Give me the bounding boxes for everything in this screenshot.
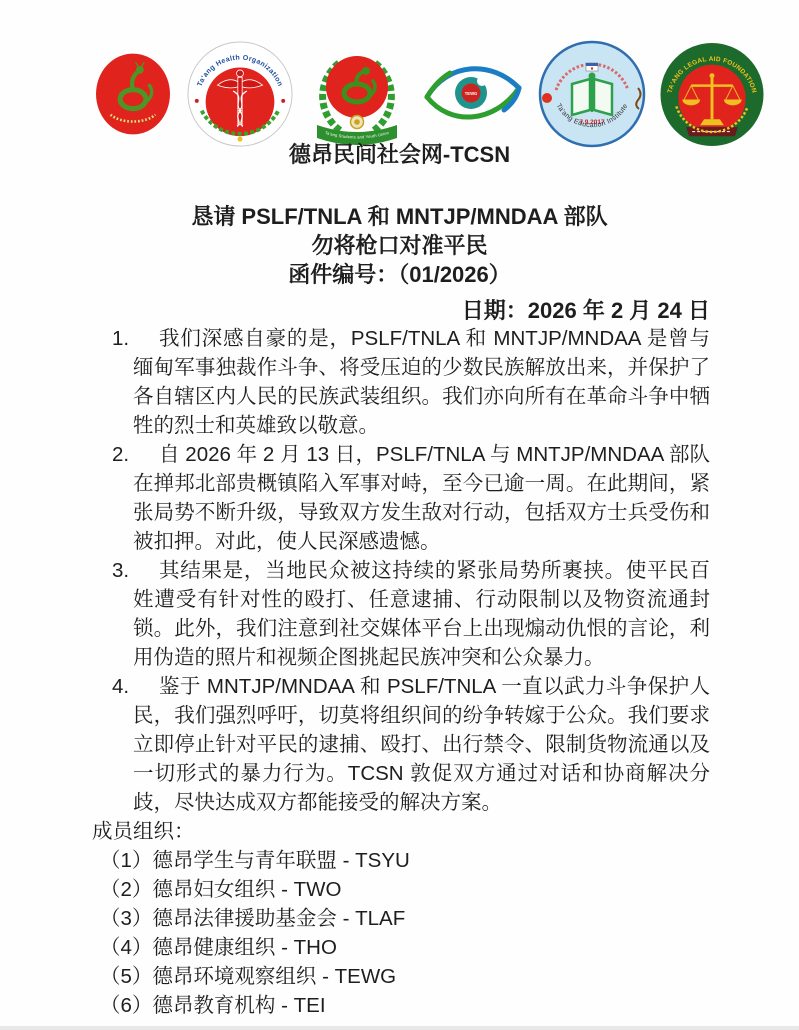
tewg-iris-text: TEWG xyxy=(465,91,478,96)
paragraph-number: 3. xyxy=(112,556,129,585)
tewg-eye-logo: TEWG xyxy=(420,50,525,138)
member-item-tho: （4）德昂健康组织 - THO xyxy=(92,933,710,962)
numbered-paragraph-2: 2. 自 2026 年 2 月 13 日，PSLF/TNLA 与 MNTJP/M… xyxy=(92,440,710,556)
paragraph-text: 我们深感自豪的是，PSLF/TNLA 和 MNTJP/MNDAA 是曾与缅甸军事… xyxy=(133,324,710,440)
subject-line-1: 恳请 PSLF/TNLA 和 MNTJP/MNDAA 部队 xyxy=(0,202,799,231)
tlaf-logo: TA'ANG LEGAL AID FOUNDATION xyxy=(658,41,766,148)
two-dragon-logo xyxy=(90,45,176,143)
scan-bottom-edge xyxy=(0,1026,799,1030)
date-line: 日期：2026 年 2 月 24 日 xyxy=(462,296,710,325)
paragraph-number: 2. xyxy=(112,440,129,469)
subject-line-3: 函件编号：（01/2026） xyxy=(0,260,799,289)
member-item-tei: （6）德昂教育机构 - TEI xyxy=(92,991,710,1020)
numbered-paragraph-4: 4. 鉴于 MNTJP/MNDAA 和 PSLF/TNLA 一直以武力斗争保护人… xyxy=(92,672,710,817)
member-item-two: （2）德昂妇女组织 - TWO xyxy=(92,875,710,904)
numbered-paragraph-1: 1. 我们深感自豪的是，PSLF/TNLA 和 MNTJP/MNDAA 是曾与缅… xyxy=(92,324,710,440)
document-page: Ta'ang Health Organization xyxy=(0,0,799,1030)
paragraph-text: 自 2026 年 2 月 13 日，PSLF/TNLA 与 MNTJP/MNDA… xyxy=(133,440,710,556)
subject-line-2: 勿将枪口对准平民 xyxy=(0,231,799,260)
logos-row: Ta'ang Health Organization xyxy=(90,36,766,152)
paragraph-text: 其结果是，当地民众被这持续的紧张局势所裹挟。使平民百姓遭受有针对性的殴打、任意逮… xyxy=(133,556,710,672)
member-item-tlaf: （3）德昂法律援助基金会 - TLAF xyxy=(92,904,710,933)
member-item-tsyu: （1）德昂学生与青年联盟 - TSYU xyxy=(92,846,710,875)
members-header: 成员组织： xyxy=(92,817,710,846)
paragraph-number: 1. xyxy=(112,324,129,353)
paragraph-number: 4. xyxy=(112,672,129,701)
tsyu-logo: Ta'ang Students and Youth Union xyxy=(305,41,410,148)
member-item-tewg: （5）德昂环境观察组织 - TEWG xyxy=(92,962,710,991)
page-title: 德昂民间社会网-TCSN xyxy=(0,140,799,170)
flag-icon xyxy=(586,63,598,71)
paragraph-text: 鉴于 MNTJP/MNDAA 和 PSLF/TNLA 一直以武力斗争保护人民，我… xyxy=(133,672,710,817)
subject-block: 恳请 PSLF/TNLA 和 MNTJP/MNDAA 部队 勿将枪口对准平民 函… xyxy=(0,202,799,289)
document-body: 1. 我们深感自豪的是，PSLF/TNLA 和 MNTJP/MNDAA 是曾与缅… xyxy=(92,324,710,1020)
tei-logo: 7.9.2017 Ta'ang Education Institute xyxy=(536,38,648,150)
tho-logo: Ta'ang Health Organization xyxy=(186,39,294,149)
members-section: 成员组织： （1）德昂学生与青年联盟 - TSYU （2）德昂妇女组织 - TW… xyxy=(92,817,710,1020)
numbered-paragraph-3: 3. 其结果是，当地民众被这持续的紧张局势所裹挟。使平民百姓遭受有针对性的殴打、… xyxy=(92,556,710,672)
